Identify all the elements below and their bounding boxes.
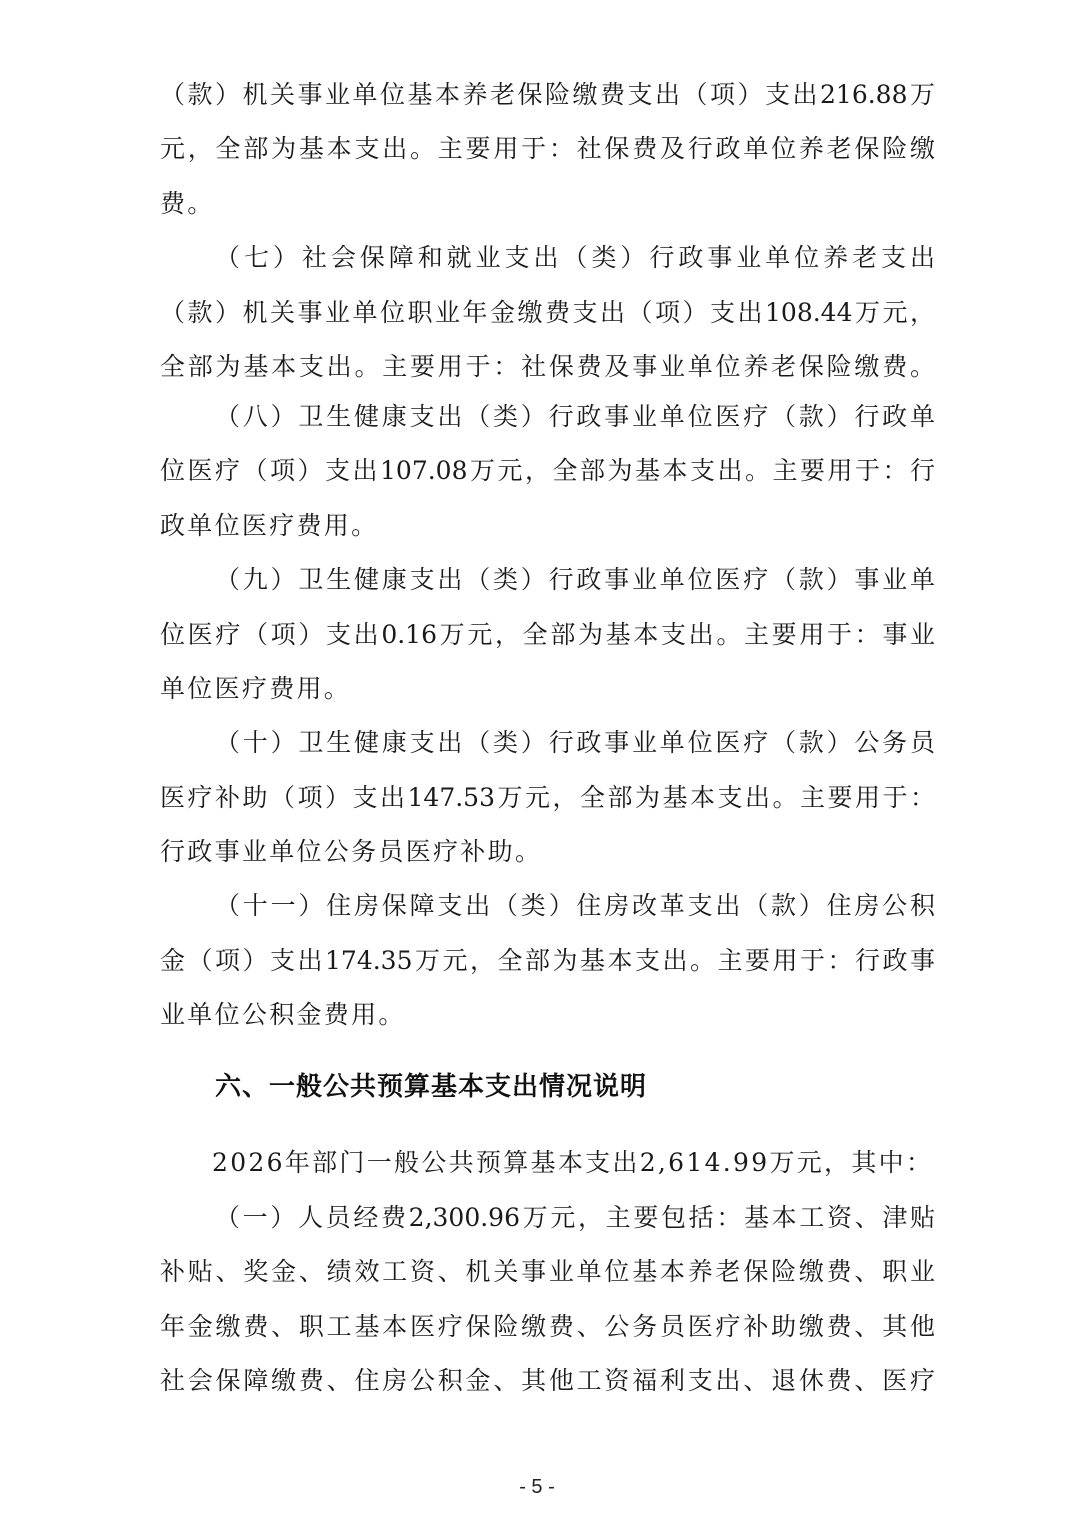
- section-heading: 六、一般公共预算基本支出情况说明: [215, 1065, 647, 1109]
- paragraph-line: （七）社会保障和就业支出（类）行政事业单位养老支出: [215, 238, 935, 278]
- page-number: - 5 -: [0, 1476, 1074, 1499]
- paragraph-line: （款）机关事业单位职业年金缴费支出（项）支出108.44万元，: [160, 293, 935, 333]
- paragraph-line: 单位医疗费用。: [160, 669, 935, 709]
- paragraph-line: （一）人员经费2,300.96万元，主要包括：基本工资、津贴: [215, 1198, 935, 1238]
- paragraph-line: 年金缴费、职工基本医疗保险缴费、公务员医疗补助缴费、其他: [160, 1307, 935, 1347]
- paragraph-line: 补贴、奖金、绩效工资、机关事业单位基本养老保险缴费、职业: [160, 1252, 935, 1292]
- paragraph-line: 2026年部门一般公共预算基本支出2,614.99万元，其中：: [212, 1143, 932, 1183]
- paragraph-line: 医疗补助（项）支出147.53万元，全部为基本支出。主要用于：: [160, 778, 935, 818]
- paragraph-line: 全部为基本支出。主要用于：社保费及事业单位养老保险缴费。: [160, 347, 935, 387]
- paragraph-line: 金（项）支出174.35万元，全部为基本支出。主要用于：行政事: [160, 941, 935, 981]
- paragraph-line: 社会保障缴费、住房公积金、其他工资福利支出、退休费、医疗: [160, 1361, 935, 1401]
- paragraph-line: （十一）住房保障支出（类）住房改革支出（款）住房公积: [215, 886, 935, 926]
- paragraph-line: 位医疗（项）支出107.08万元，全部为基本支出。主要用于：行: [160, 451, 935, 491]
- document-page: （款）机关事业单位基本养老保险缴费支出（项）支出216.88万 元，全部为基本支…: [0, 0, 1074, 1520]
- paragraph-line: （十）卫生健康支出（类）行政事业单位医疗（款）公务员: [215, 723, 935, 763]
- paragraph-line: 位医疗（项）支出0.16万元，全部为基本支出。主要用于：事业: [160, 615, 935, 655]
- paragraph-line: 元，全部为基本支出。主要用于：社保费及行政单位养老保险缴: [160, 129, 935, 169]
- paragraph-line: （九）卫生健康支出（类）行政事业单位医疗（款）事业单: [215, 560, 935, 600]
- paragraph-line: 业单位公积金费用。: [160, 995, 935, 1035]
- paragraph-line: （八）卫生健康支出（类）行政事业单位医疗（款）行政单: [215, 397, 935, 437]
- paragraph-line: 政单位医疗费用。: [160, 506, 935, 546]
- paragraph-line: 费。: [160, 184, 935, 224]
- paragraph-line: （款）机关事业单位基本养老保险缴费支出（项）支出216.88万: [160, 75, 935, 115]
- paragraph-line: 行政事业单位公务员医疗补助。: [160, 832, 935, 872]
